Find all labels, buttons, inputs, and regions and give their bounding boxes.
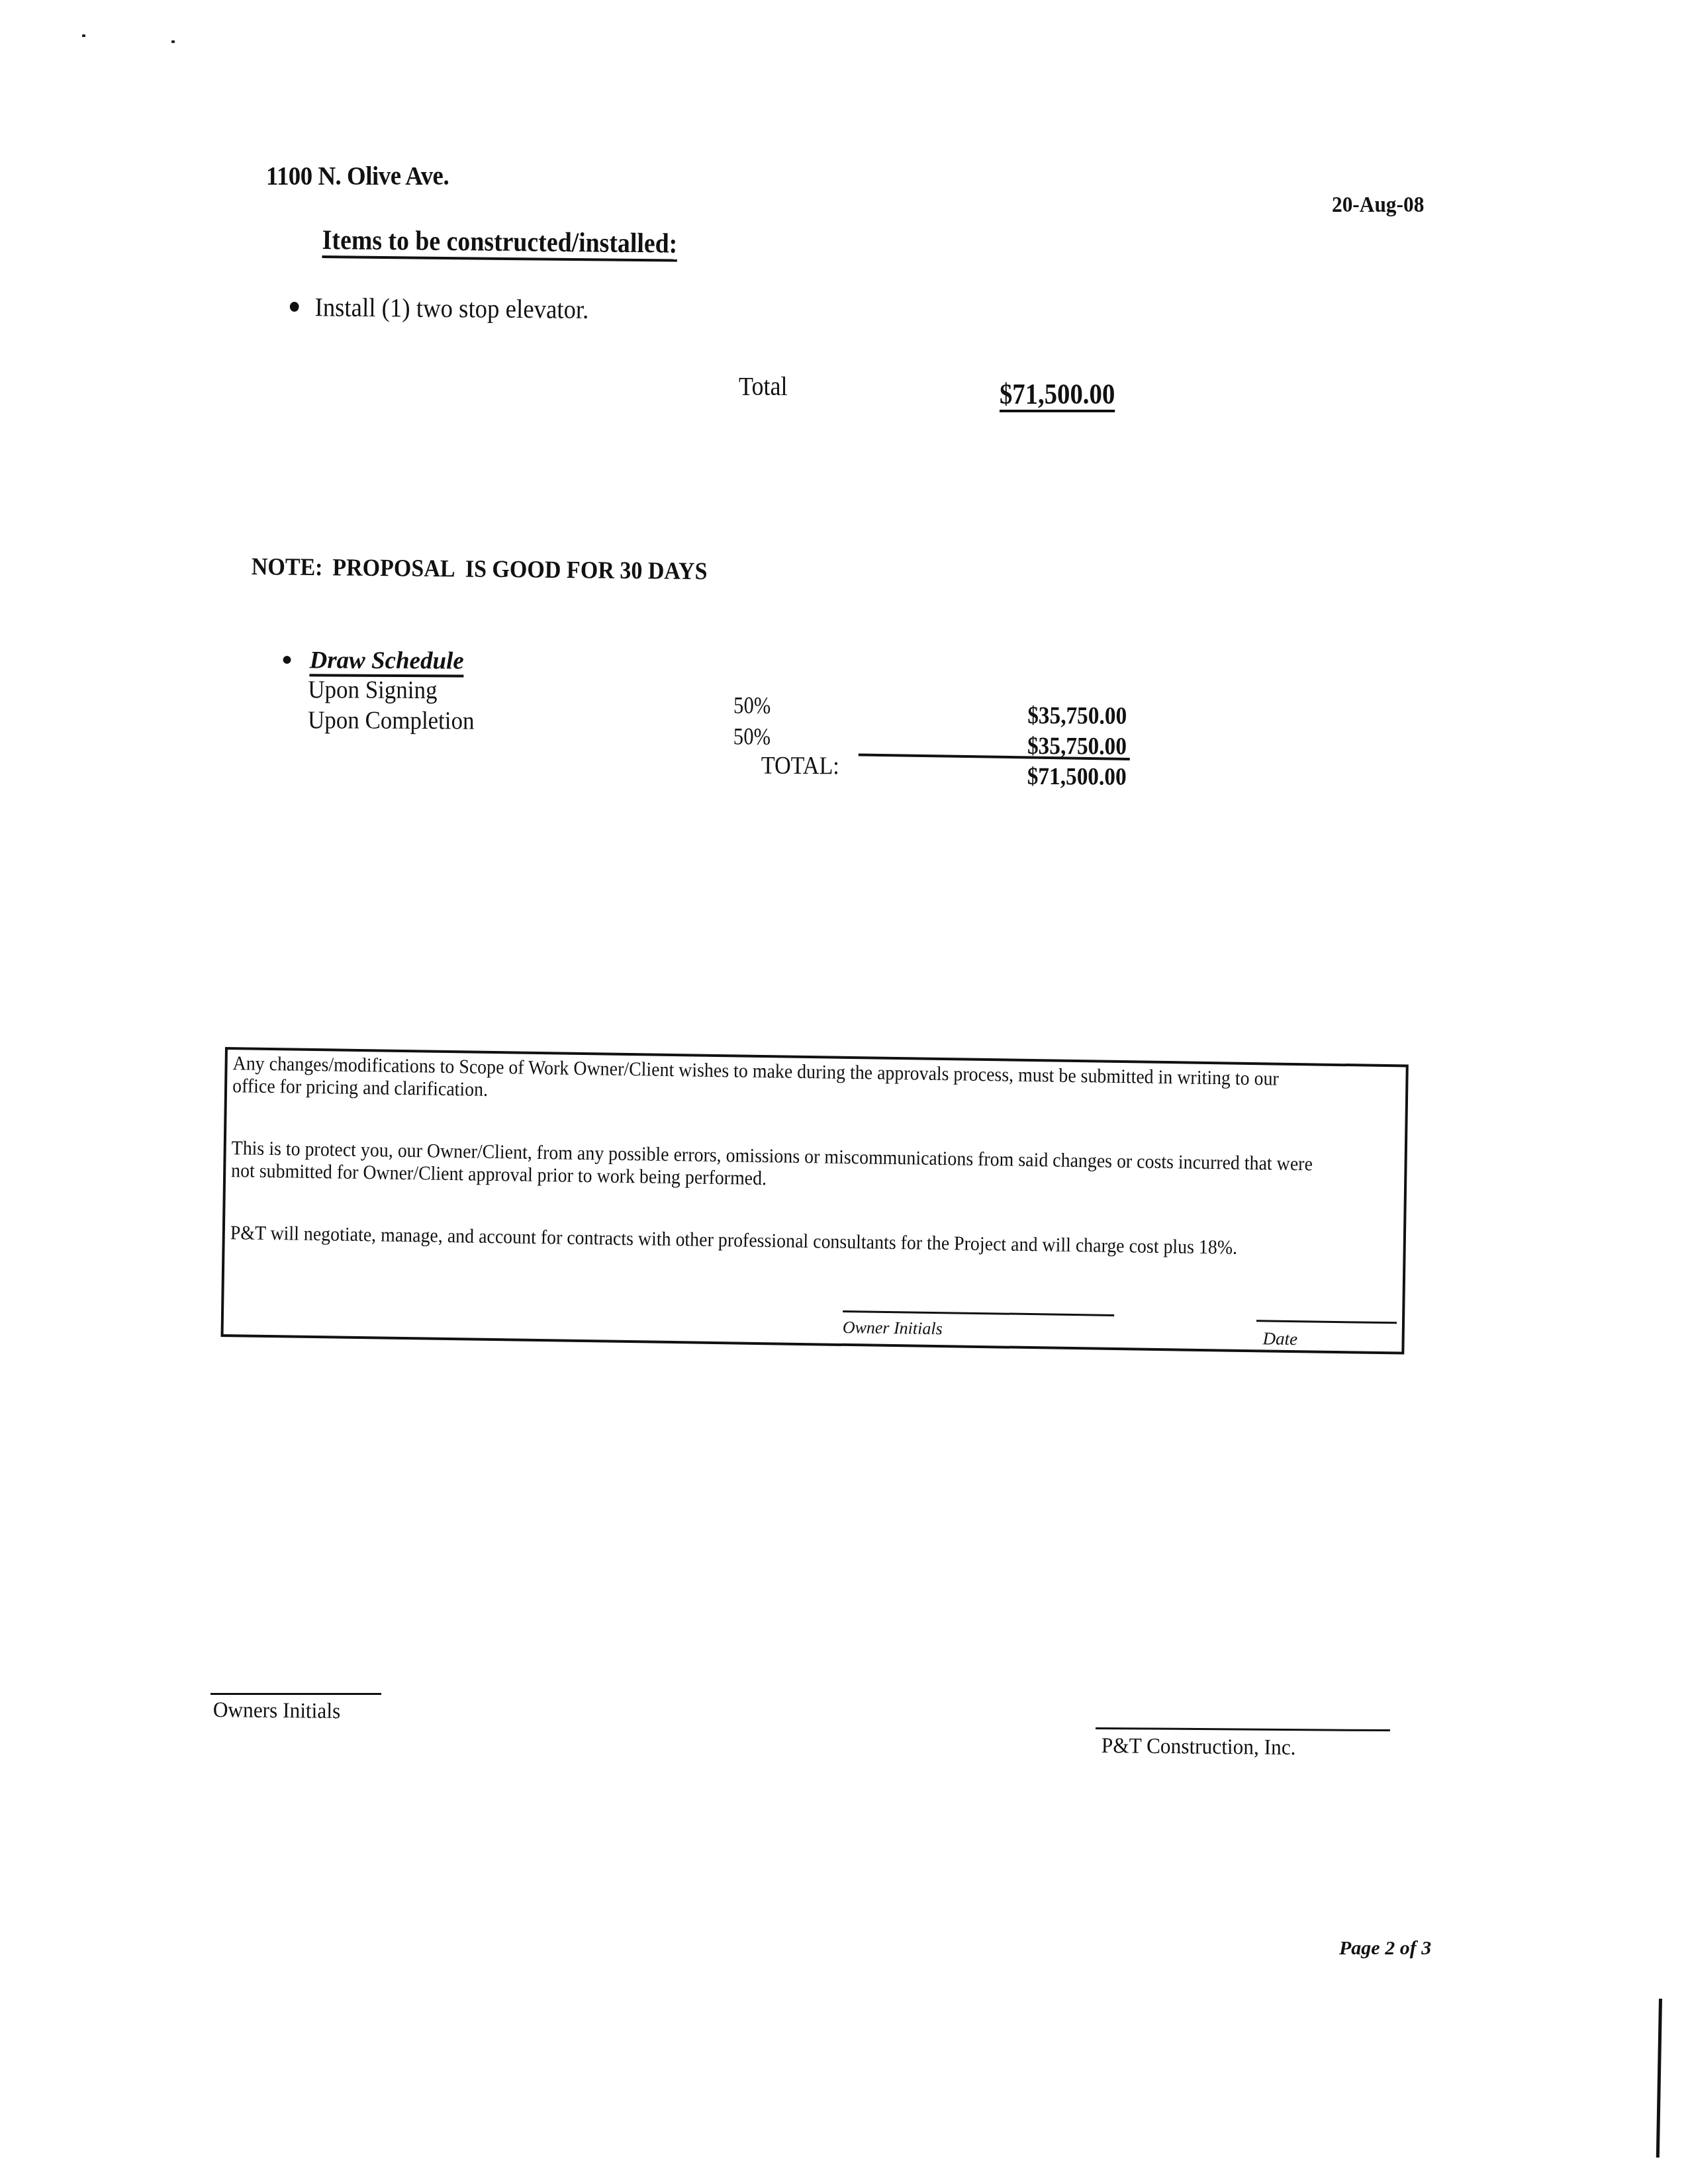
draw-schedule-title: Draw Schedule <box>309 647 464 677</box>
owners-initials-line[interactable] <box>211 1693 381 1695</box>
disclaimer-box: Any changes/modifications to Scope of Wo… <box>221 1047 1409 1354</box>
draw-total-label: TOTAL: <box>761 751 839 781</box>
draw-schedule: Draw Schedule Upon Signing Upon Completi… <box>0 0 1688 865</box>
owner-initials-label: Owner Initials <box>843 1316 943 1340</box>
owner-initials-line[interactable] <box>843 1310 1114 1316</box>
disclaimer-paragraph: Any changes/modifications to Scope of Wo… <box>232 1052 1317 1113</box>
draw-row-label: Upon Completion <box>308 705 475 735</box>
company-signature-label: P&T Construction, Inc. <box>1102 1734 1296 1760</box>
draw-row-percent: 50% <box>733 692 771 719</box>
owners-initials-label: Owners Initials <box>213 1698 341 1724</box>
disclaimer-paragraph: This is to protect you, our Owner/Client… <box>231 1137 1315 1198</box>
draw-row-percent: 50% <box>733 723 771 751</box>
scan-edge-line <box>1656 1999 1662 2158</box>
disclaimer-paragraph: P&T will negotiate, manage, and account … <box>230 1222 1314 1260</box>
draw-total-amount: $71,500.00 <box>888 762 1127 792</box>
draw-schedule-heading: Draw Schedule <box>283 646 464 675</box>
page-number: Page 2 of 3 <box>1339 1937 1431 1960</box>
date-line[interactable] <box>1256 1320 1397 1324</box>
bullet-icon <box>283 655 291 663</box>
draw-row-amount: $35,750.00 <box>888 701 1127 731</box>
date-label: Date <box>1262 1327 1297 1350</box>
draw-row-label: Upon Signing <box>308 675 437 705</box>
company-signature-line[interactable] <box>1096 1727 1390 1731</box>
